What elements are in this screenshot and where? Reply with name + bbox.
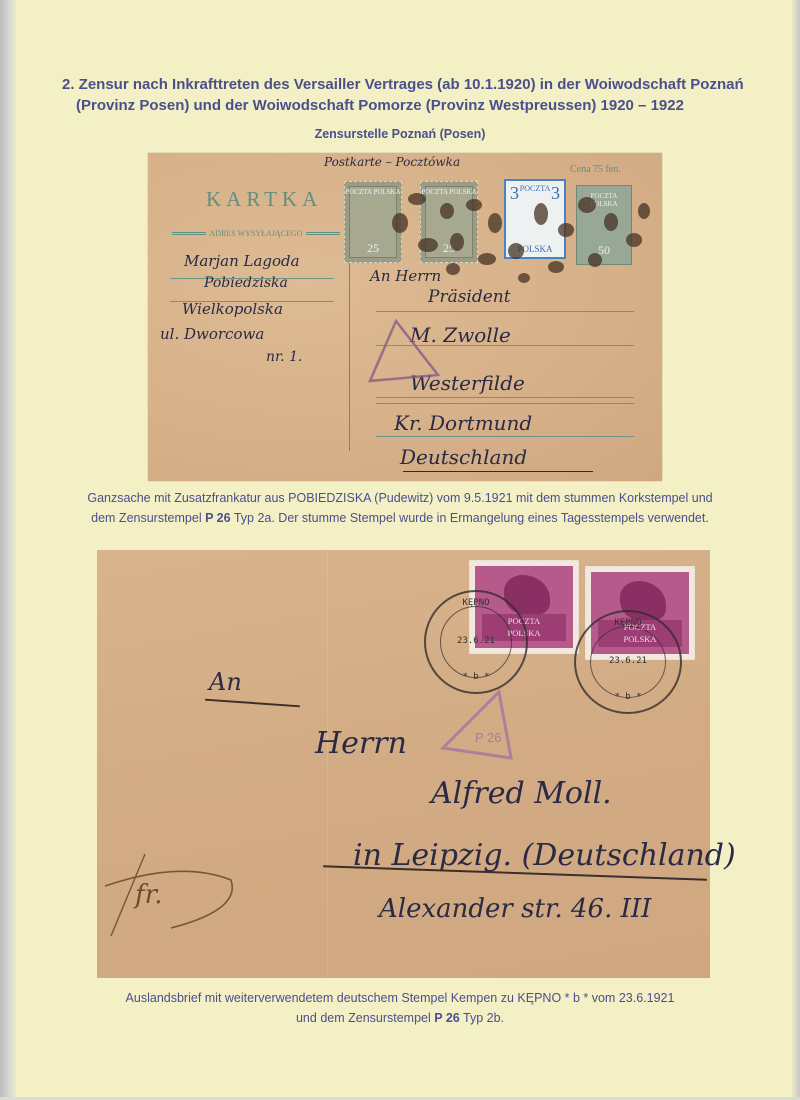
- printed-price: Cena 75 fen.: [570, 164, 621, 175]
- heading-line-2: (Provinz Posen) und der Woiwodschaft Pom…: [62, 95, 762, 116]
- address-line: Alfred Moll.: [431, 776, 612, 811]
- recipient-line: Deutschland: [400, 445, 527, 469]
- divider-line: [349, 255, 350, 451]
- sender-line: Wielkopolska: [182, 300, 283, 318]
- envelope-caption: Auslandsbrief mit weiterverwendetem deut…: [0, 988, 800, 1028]
- sender-line: nr. 1.: [266, 349, 302, 365]
- sender-line: Marjan Lagoda: [184, 252, 300, 270]
- postcard-image: Postkarte – Pocztówka Cena 75 fen. KARTK…: [148, 153, 662, 481]
- page-heading: 2. Zensur nach Inkrafttreten des Versail…: [62, 74, 762, 116]
- postcard-caption: Ganzsache mit Zusatzfrankatur aus POBIED…: [0, 488, 800, 528]
- handwritten-header: Postkarte – Pocztówka: [324, 155, 460, 169]
- envelope-image: POCZTAPOLSKA POCZTAPOLSKA KĘPNO 23.6.21 …: [97, 550, 710, 978]
- postmark-kepno: KĘPNO 23.6.21 * b *: [424, 590, 528, 694]
- sender-line: ul. Dworcowa: [160, 325, 264, 343]
- address-line: Alexander str. 46. III: [379, 894, 651, 924]
- scan-edge-right: [792, 0, 800, 1100]
- address-line: Herrn: [315, 726, 407, 761]
- censor-triangle-icon: [366, 313, 446, 393]
- printed-title: KARTKA: [206, 187, 322, 212]
- postmark-kepno: KĘPNO 23.6.21 * b *: [574, 610, 682, 714]
- svg-text:P 26: P 26: [475, 730, 502, 745]
- recipient-line: Kr. Dortmund: [394, 411, 532, 435]
- recipient-line: An Herrn: [370, 267, 441, 285]
- censor-triangle-p26-icon: P 26: [437, 688, 527, 768]
- address-line: An: [209, 668, 242, 696]
- section-subheading: Zensurstelle Poznań (Posen): [0, 127, 800, 141]
- scan-edge-left: [0, 0, 16, 1100]
- recipient-line: Präsident: [428, 287, 511, 307]
- heading-line-1: 2. Zensur nach Inkrafttreten des Versail…: [62, 76, 744, 93]
- sender-label: ADRES WYSYŁAJĄCEGO: [172, 229, 340, 238]
- sender-line: Pobiedziska: [204, 275, 288, 291]
- signature-flourish-icon: [101, 850, 241, 940]
